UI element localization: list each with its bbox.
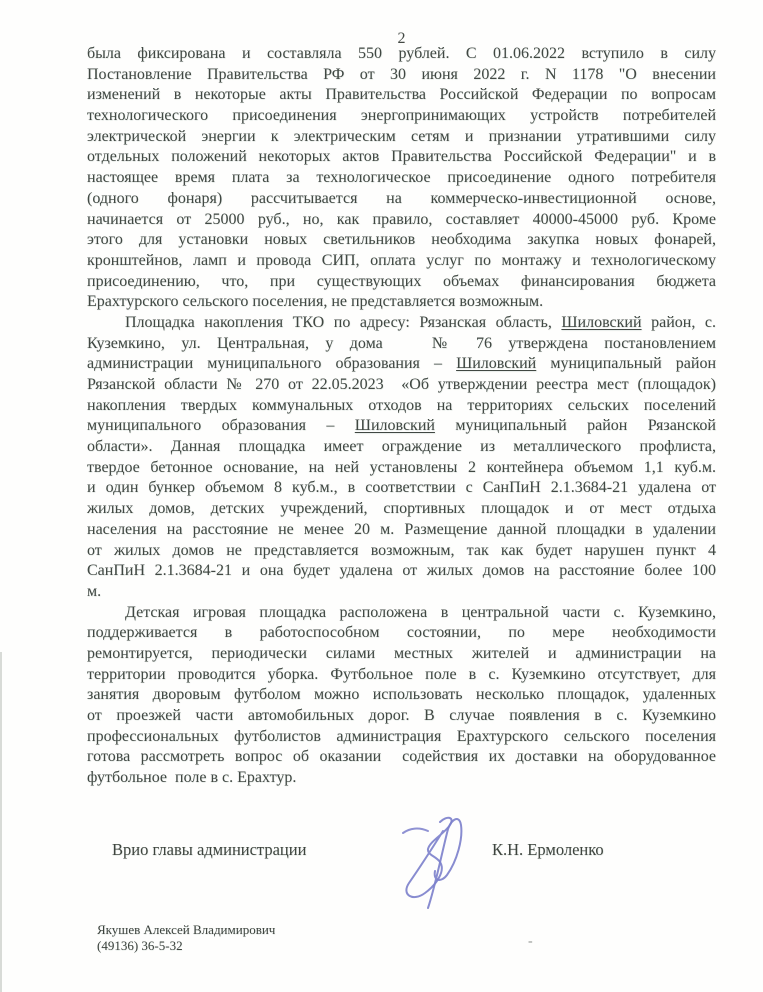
scanned-document-page: 2 была фиксирована и составляла 550 рубл… bbox=[0, 0, 763, 992]
executor-contact-block: Якушев Алексей Владимирович (49136) 36-5… bbox=[97, 922, 275, 954]
text-line: м. bbox=[87, 582, 716, 603]
handwritten-signature bbox=[383, 806, 483, 922]
text-line: (одного фонаря) рассчитывается на коммер… bbox=[87, 189, 716, 210]
paragraph: Площадка накопления ТКО по адресу: Рязан… bbox=[87, 313, 716, 603]
signatory-name: К.Н. Ермоленко bbox=[492, 840, 604, 860]
text-line: присоединению, что, при существующих объ… bbox=[87, 272, 716, 293]
text-line: занятия дворовым футболом можно использо… bbox=[87, 685, 716, 706]
text-line: и один бункер объемом 8 куб.м., в соотве… bbox=[87, 478, 716, 499]
paragraph: Детская игровая площадка расположена в ц… bbox=[87, 603, 716, 789]
text-line: Куземкино, ул. Центральная, у дома № 76 … bbox=[87, 334, 716, 355]
text-line: настоящее время плата за технологическое… bbox=[87, 168, 716, 189]
text-line: муниципального образования – Шиловский м… bbox=[87, 416, 716, 437]
executor-name: Якушев Алексей Владимирович bbox=[97, 922, 275, 938]
text-line: изменений в некоторые акты Правительства… bbox=[87, 85, 716, 106]
text-line: Ерахтурского сельского поселения, не пре… bbox=[87, 292, 716, 313]
text-line: ремонтируется, периодически силами местн… bbox=[87, 644, 716, 665]
text-line: профессиональных футболистов администрац… bbox=[87, 727, 716, 748]
text-line: жилых домов, детских учреждений, спортив… bbox=[87, 499, 716, 520]
text-line: территории проводится уборка. Футбольное… bbox=[87, 665, 716, 686]
text-line: от жилых домов не представляется возможн… bbox=[87, 541, 716, 562]
scan-stray-mark: - bbox=[528, 934, 533, 950]
text-line: была фиксирована и составляла 550 рублей… bbox=[87, 44, 716, 65]
text-line: области». Данная площадка имеет огражден… bbox=[87, 437, 716, 458]
scan-edge-artifact bbox=[0, 652, 2, 992]
text-line: начинается от 25000 руб., но, как правил… bbox=[87, 210, 716, 231]
text-line: накопления твердых коммунальных отходов … bbox=[87, 396, 716, 417]
text-line: твердое бетонное основание, на ней устан… bbox=[87, 458, 716, 479]
text-line: технологического присоединения энергопри… bbox=[87, 106, 716, 127]
text-line: футбольное поле в с. Ерахтур. bbox=[87, 768, 716, 789]
document-body: была фиксирована и составляла 550 рублей… bbox=[87, 44, 716, 789]
text-line: от проезжей части автомобильных дорог. В… bbox=[87, 706, 716, 727]
signatory-title: Врио главы администрации bbox=[112, 840, 306, 860]
text-line: отдельных положений некоторых актов Прав… bbox=[87, 147, 716, 168]
paragraph: была фиксирована и составляла 550 рублей… bbox=[87, 44, 716, 313]
text-line: Постановление Правительства РФ от 30 июн… bbox=[87, 65, 716, 86]
text-line: Рязанской области № 270 от 22.05.2023 «О… bbox=[87, 375, 716, 396]
text-line: администрации муниципального образования… bbox=[87, 354, 716, 375]
signature-row: Врио главы администрации К.Н. Ермоленко bbox=[0, 806, 763, 926]
text-line: кронштейнов, ламп и провода СИП, оплата … bbox=[87, 251, 716, 272]
text-line: этого для установки новых светильников н… bbox=[87, 230, 716, 251]
text-line: населения на расстояние не менее 20 м. Р… bbox=[87, 520, 716, 541]
text-line: Площадка накопления ТКО по адресу: Рязан… bbox=[87, 313, 716, 334]
executor-phone: (49136) 36-5-32 bbox=[97, 938, 275, 954]
text-line: СанПиН 2.1.3684-21 и она будет удалена о… bbox=[87, 561, 716, 582]
text-line: поддерживается в работоспособном состоян… bbox=[87, 623, 716, 644]
text-line: готова рассмотреть вопрос об оказании со… bbox=[87, 747, 716, 768]
text-line: электрической энергии к электрическим се… bbox=[87, 127, 716, 148]
text-line: Детская игровая площадка расположена в ц… bbox=[87, 603, 716, 624]
